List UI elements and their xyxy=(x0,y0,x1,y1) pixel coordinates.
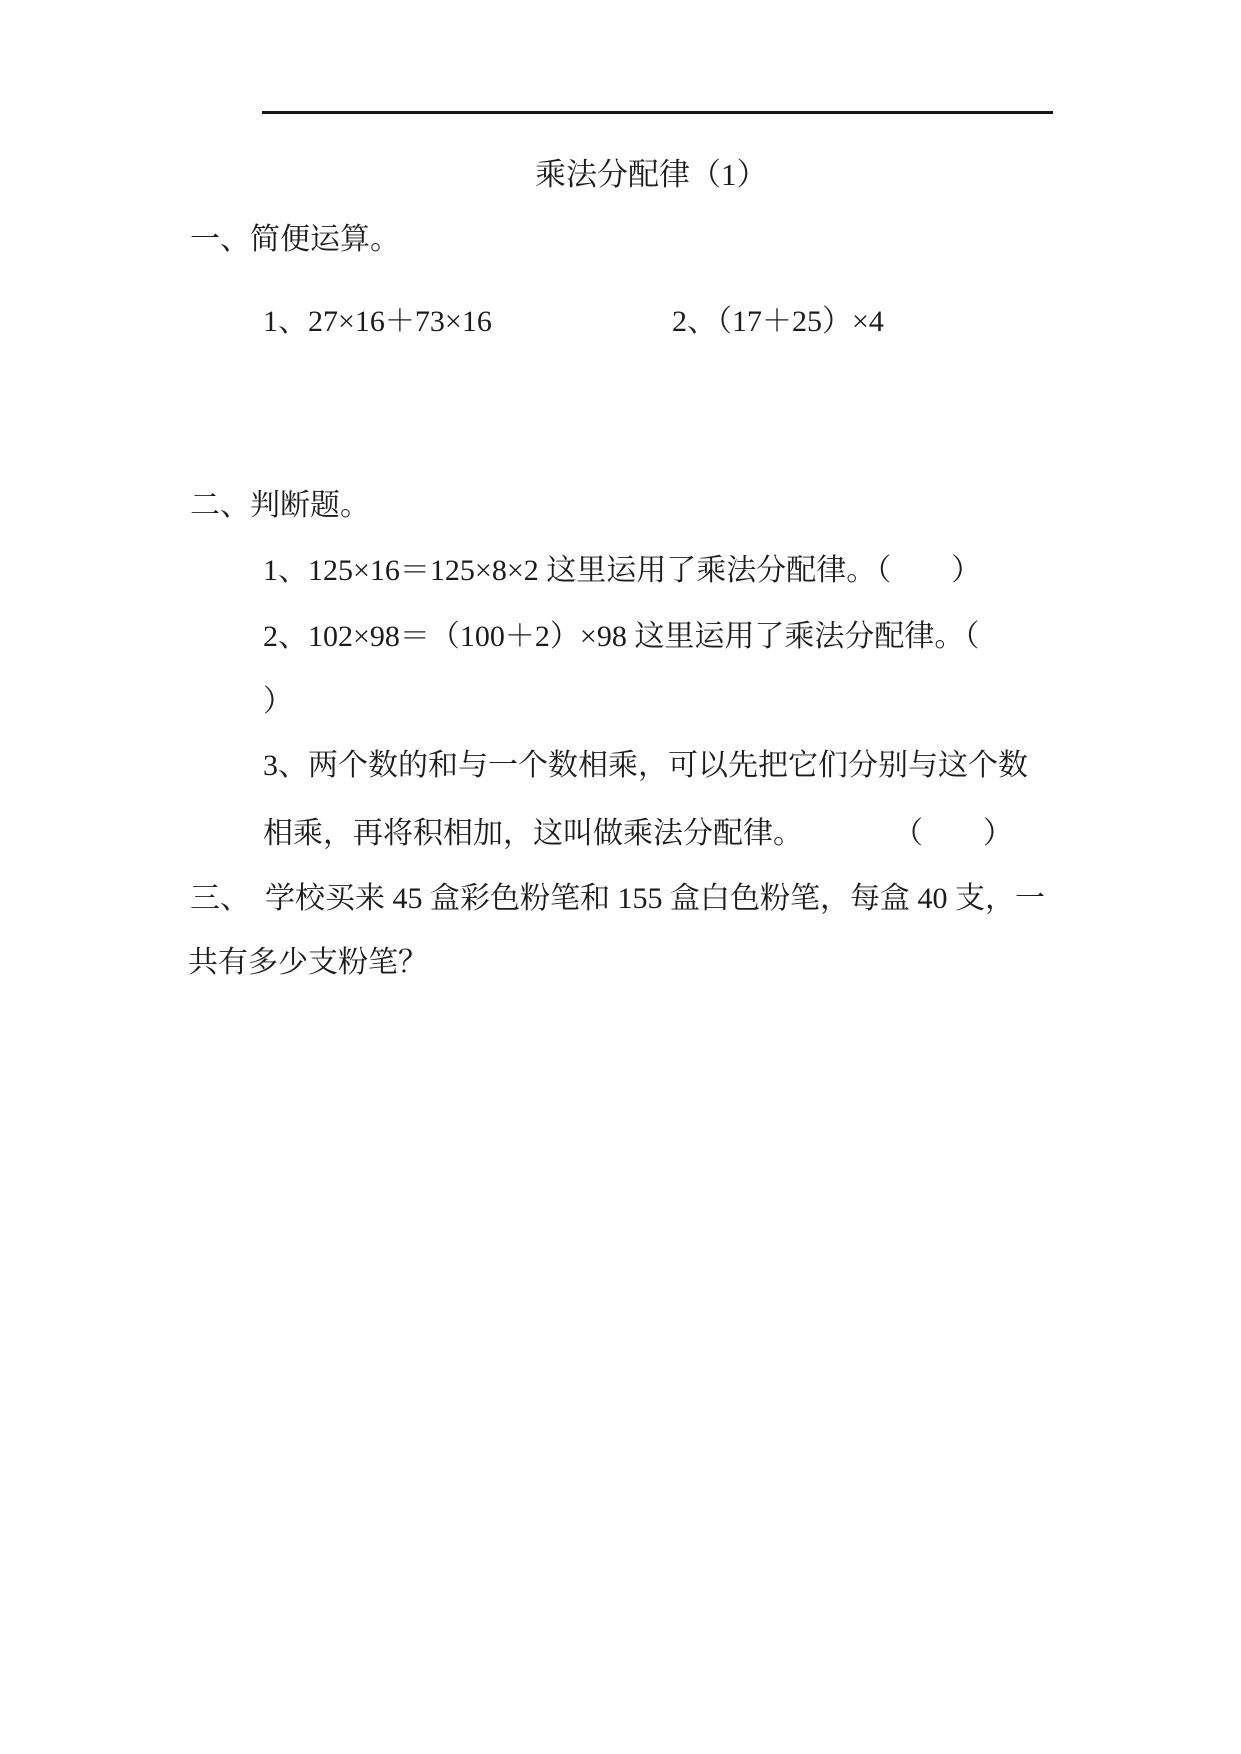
page-title: 乘法分配律（1） xyxy=(535,156,768,194)
section-2-heading: 二、判断题。 xyxy=(190,487,370,525)
section-2-item-2-line-1: 2、102×98＝（100＋2）×98 这里运用了乘法分配律。（ xyxy=(263,618,979,656)
header-rule xyxy=(262,111,1053,114)
section-2-item-1: 1、125×16＝125×8×2 这里运用了乘法分配律。（ ） xyxy=(263,552,981,590)
section-2-item-3-line-1: 3、两个数的和与一个数相乘，可以先把它们分别与这个数 xyxy=(263,747,1028,785)
section-2-item-3-line-2: 相乘，再将积相加，这叫做乘法分配律。 （ ） xyxy=(263,815,1013,853)
section-3-line-2: 共有多少支粉笔？ xyxy=(188,944,428,982)
section-3-line-1: 三、 学校买来 45 盒彩色粉笔和 155 盒白色粉笔，每盒 40 支，一 xyxy=(190,880,1045,918)
section-2-item-2-line-2: ） xyxy=(263,683,293,721)
section-1-problem-2: 2、（17＋25）×4 xyxy=(672,303,884,341)
section-1-heading: 一、简便运算。 xyxy=(190,221,400,259)
worksheet-page: 乘法分配律（1） 一、简便运算。 1、27×16＋73×16 2、（17＋25）… xyxy=(0,0,1241,1754)
section-1-problem-1: 1、27×16＋73×16 xyxy=(263,303,492,341)
